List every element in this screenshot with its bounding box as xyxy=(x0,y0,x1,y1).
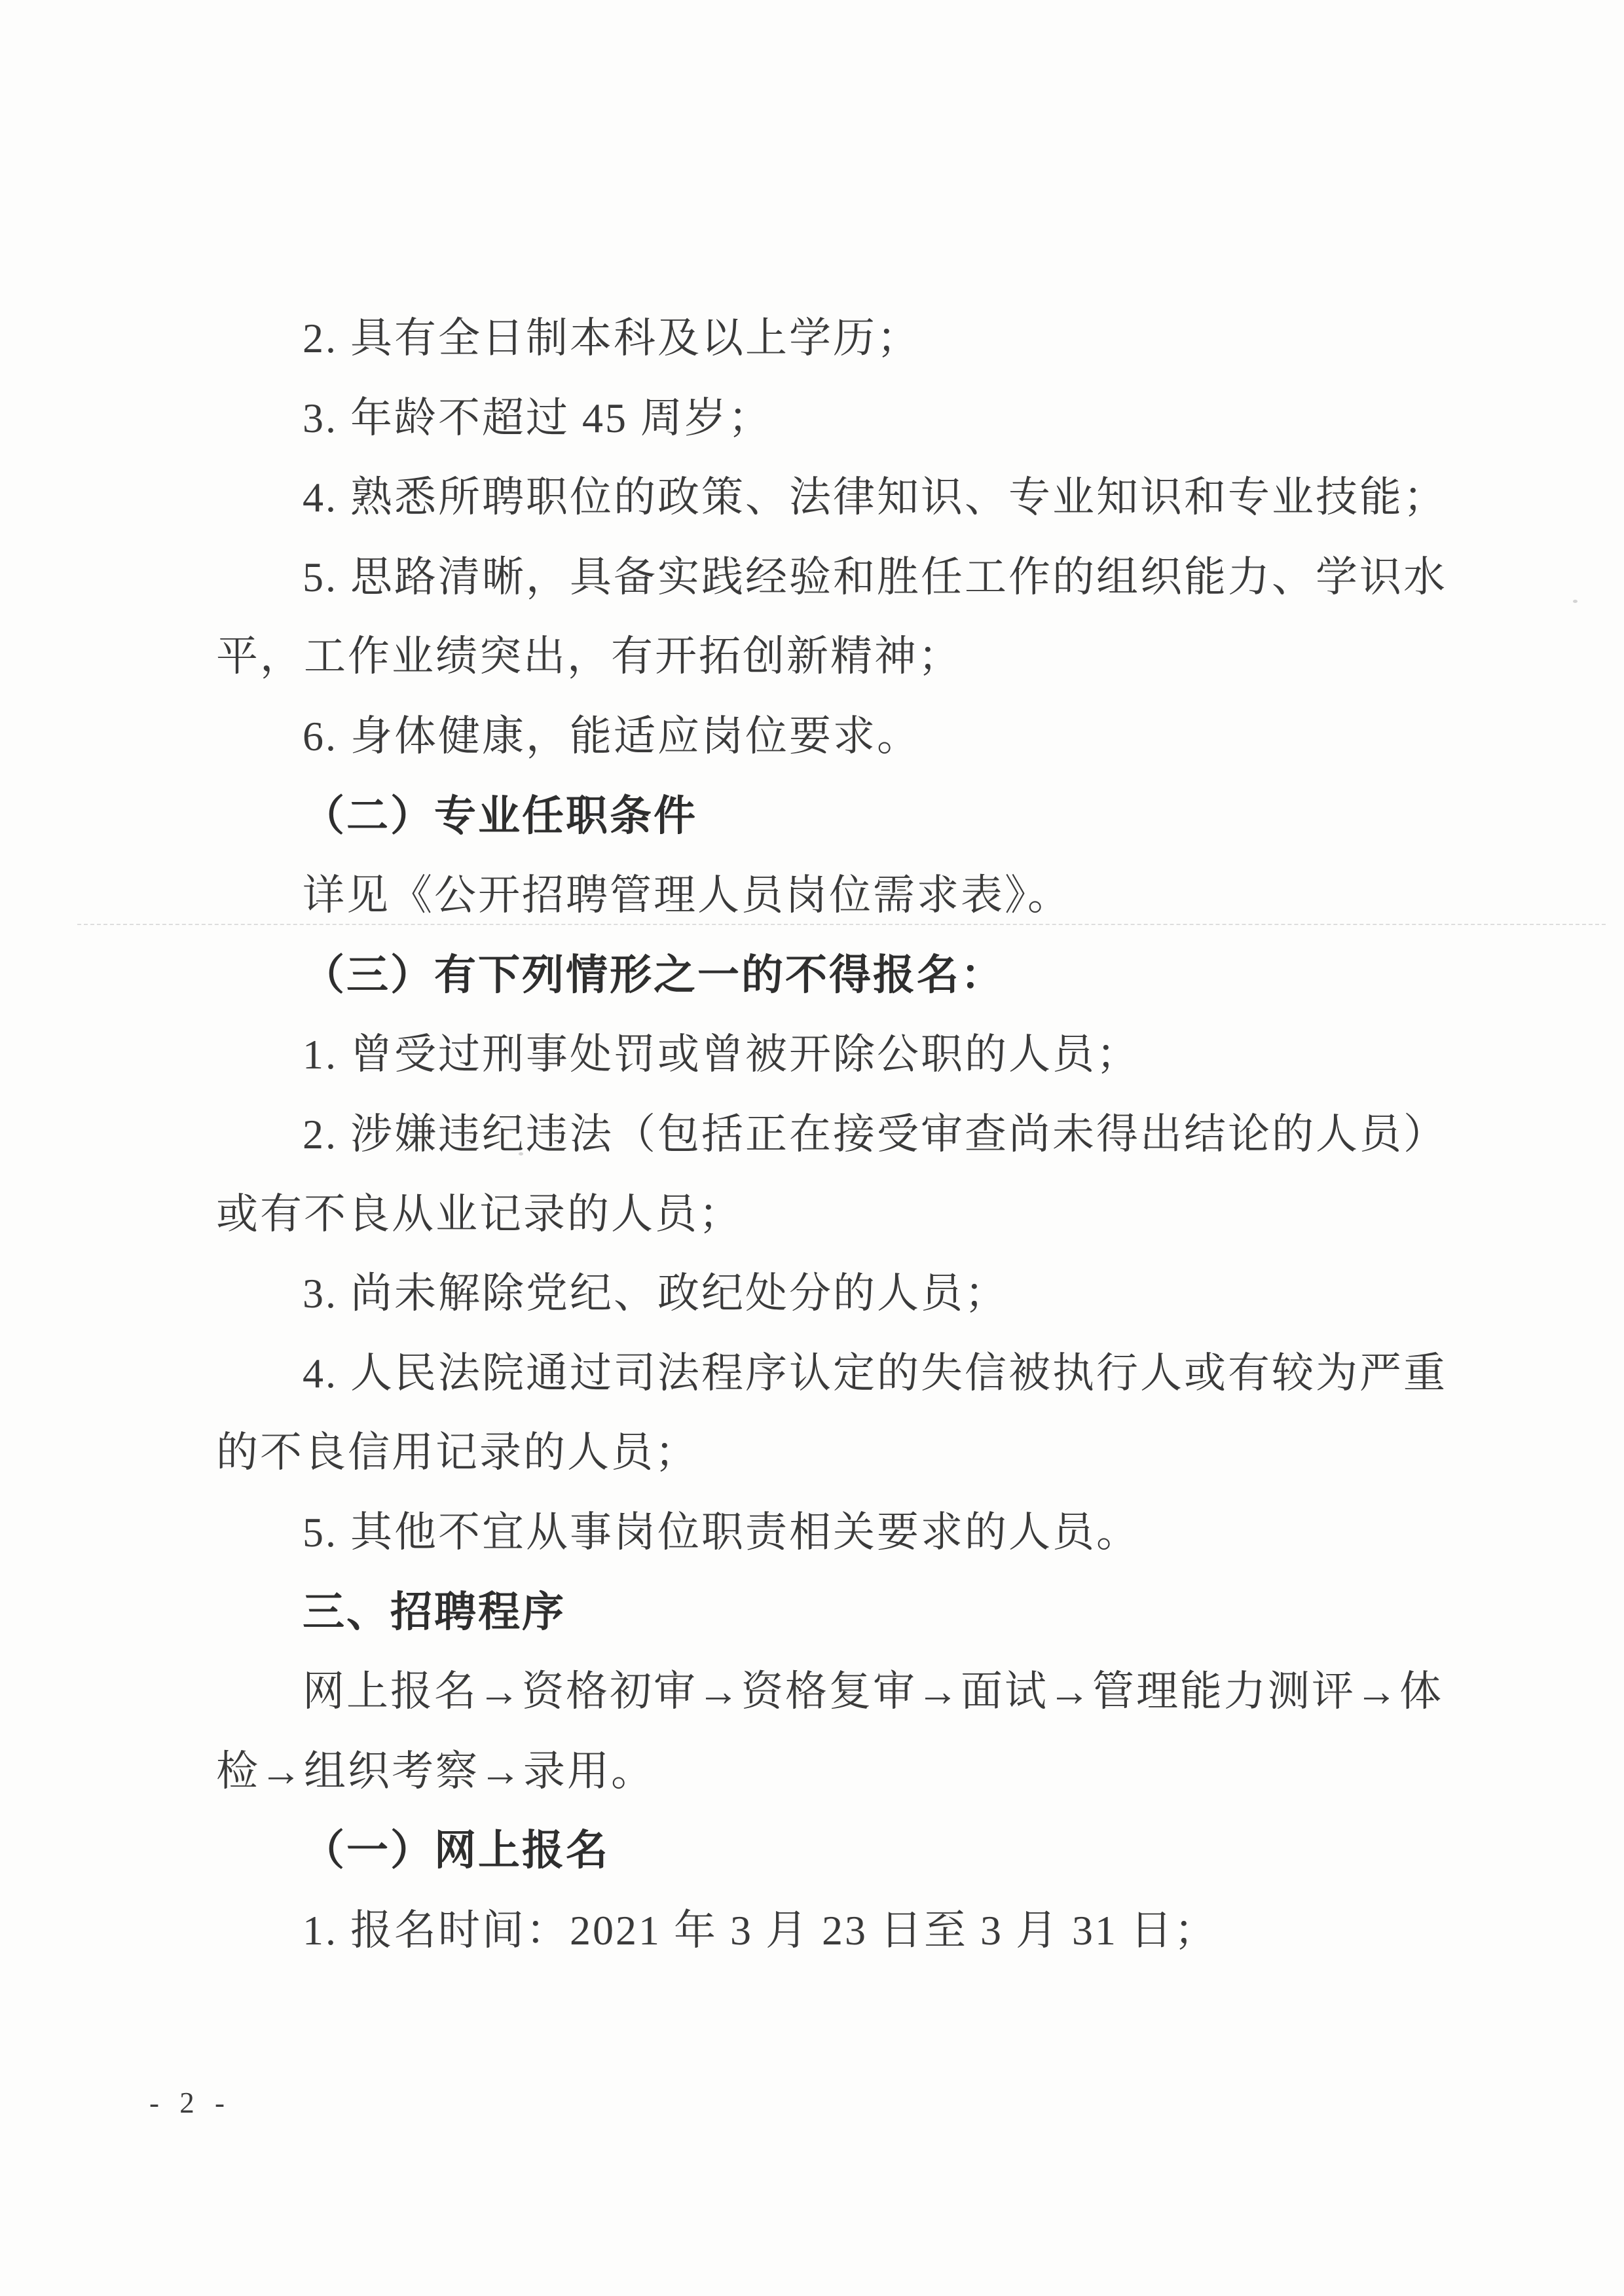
text-line: 详见《公开招聘管理人员岗位需求表》。 xyxy=(216,873,1521,918)
text-line: 3. 年龄不超过 45 周岁； xyxy=(216,396,1521,441)
text-line: 4. 熟悉所聘职位的政策、法律知识、专业知识和专业技能； xyxy=(216,475,1521,520)
text-line: 5. 思路清晰，具备实践经验和胜任工作的组织能力、学识水 xyxy=(216,555,1521,600)
page-number: - 2 - xyxy=(149,2086,231,2120)
text-line: 1. 报名时间：2021 年 3 月 23 日至 3 月 31 日； xyxy=(216,1908,1521,1953)
text-line: 4. 人民法院通过司法程序认定的失信被执行人或有较为严重 xyxy=(216,1351,1521,1396)
text-line: 平，工作业绩突出，有开拓创新精神； xyxy=(216,634,1434,679)
text-line: 1. 曾受过刑事处罚或曾被开除公职的人员； xyxy=(216,1032,1521,1077)
text-line: 5. 其他不宜从事岗位职责相关要求的人员。 xyxy=(216,1510,1521,1555)
text-line: 的不良信用记录的人员； xyxy=(216,1430,1434,1475)
text-line: 或有不良从业记录的人员； xyxy=(216,1192,1434,1237)
scan-fold-line xyxy=(77,924,1606,925)
text-line: 检→组织考察→录用。 xyxy=(216,1749,1434,1794)
section-heading: （二）专业任职条件 xyxy=(216,794,1521,839)
text-line: 2. 具有全日制本科及以上学历； xyxy=(216,316,1521,361)
text-line: 6. 身体健康，能适应岗位要求。 xyxy=(216,714,1521,759)
section-heading: （三）有下列情形之一的不得报名： xyxy=(216,953,1521,998)
section-heading: （一）网上报名 xyxy=(216,1829,1521,1873)
text-line: 网上报名→资格初审→资格复审→面试→管理能力测评→体 xyxy=(216,1669,1521,1714)
text-line: 2. 涉嫌违纪违法（包括正在接受审查尚未得出结论的人员） xyxy=(216,1112,1521,1157)
document-page: 2. 具有全日制本科及以上学历； 3. 年龄不超过 45 周岁； 4. 熟悉所聘… xyxy=(0,0,1624,2296)
scan-speck xyxy=(519,1152,523,1156)
text-line: 3. 尚未解除党纪、政纪处分的人员； xyxy=(216,1271,1521,1316)
scan-speck xyxy=(1573,600,1578,603)
chapter-heading: 三、招聘程序 xyxy=(216,1590,1521,1635)
